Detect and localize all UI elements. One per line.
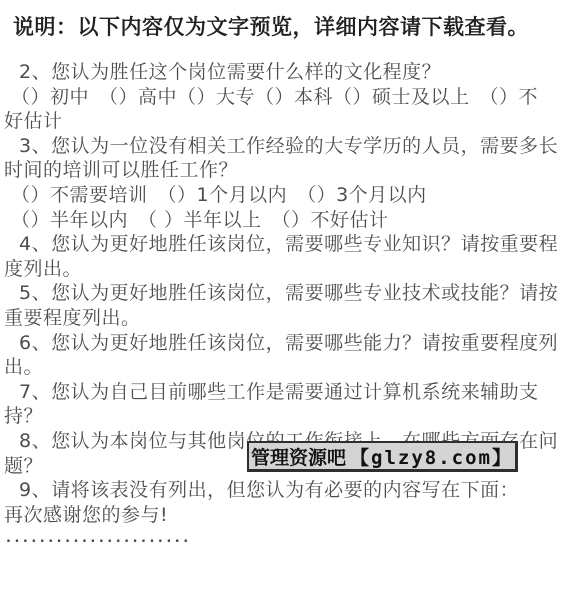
watermark-badge: 管理资源吧 【glzy8.com】 xyxy=(247,441,518,472)
preview-line: （）半年以内 （ ）半年以上 （）不好估计 xyxy=(0,208,578,233)
preview-line: 4、您认为更好地胜任该岗位，需要哪些专业知识？请按重要程 xyxy=(0,232,578,257)
preview-line: 3、您认为一位没有相关工作经验的大专学历的人员，需要多长 xyxy=(0,134,578,159)
preview-line: 好估计 xyxy=(0,109,578,134)
preview-line: 出。 xyxy=(0,355,578,380)
preview-line: 重要程度列出。 xyxy=(0,306,578,331)
preview-line: （）不需要培训 （）1个月以内 （）3个月以内 xyxy=(0,183,578,208)
preview-line: 2、您认为胜任这个岗位需要什么样的文化程度？ xyxy=(0,60,578,85)
watermark-label: 管理资源吧 xyxy=(251,443,346,470)
preview-line: 7、您认为自己目前哪些工作是需要通过计算机系统来辅助支 xyxy=(0,380,578,405)
preview-line: 持？ xyxy=(0,404,578,429)
preview-line: 时间的培训可以胜任工作？ xyxy=(0,158,578,183)
preview-text-block: 2、您认为胜任这个岗位需要什么样的文化程度？（）初中 （）高中（）大专（）本科（… xyxy=(0,60,578,552)
document-preview-page: 说明：以下内容仅为文字预览，详细内容请下载查看。 2、您认为胜任这个岗位需要什么… xyxy=(0,0,578,600)
preview-line: 度列出。 xyxy=(0,257,578,282)
preview-notice-header: 说明：以下内容仅为文字预览，详细内容请下载查看。 xyxy=(13,14,529,40)
dots-line: ...................... xyxy=(0,527,578,552)
preview-line: 5、您认为更好地胜任该岗位，需要哪些专业技术或技能？请按 xyxy=(0,281,578,306)
preview-line: （）初中 （）高中（）大专（）本科（）硕士及以上 （）不 xyxy=(0,85,578,110)
preview-line: 再次感谢您的参与! xyxy=(0,503,578,528)
preview-line: 6、您认为更好地胜任该岗位，需要哪些能力？请按重要程度列 xyxy=(0,331,578,356)
preview-line: 9、请将该表没有列出，但您认为有必要的内容写在下面： xyxy=(0,478,578,503)
watermark-site-text: 【glzy8.com】 xyxy=(350,443,513,470)
